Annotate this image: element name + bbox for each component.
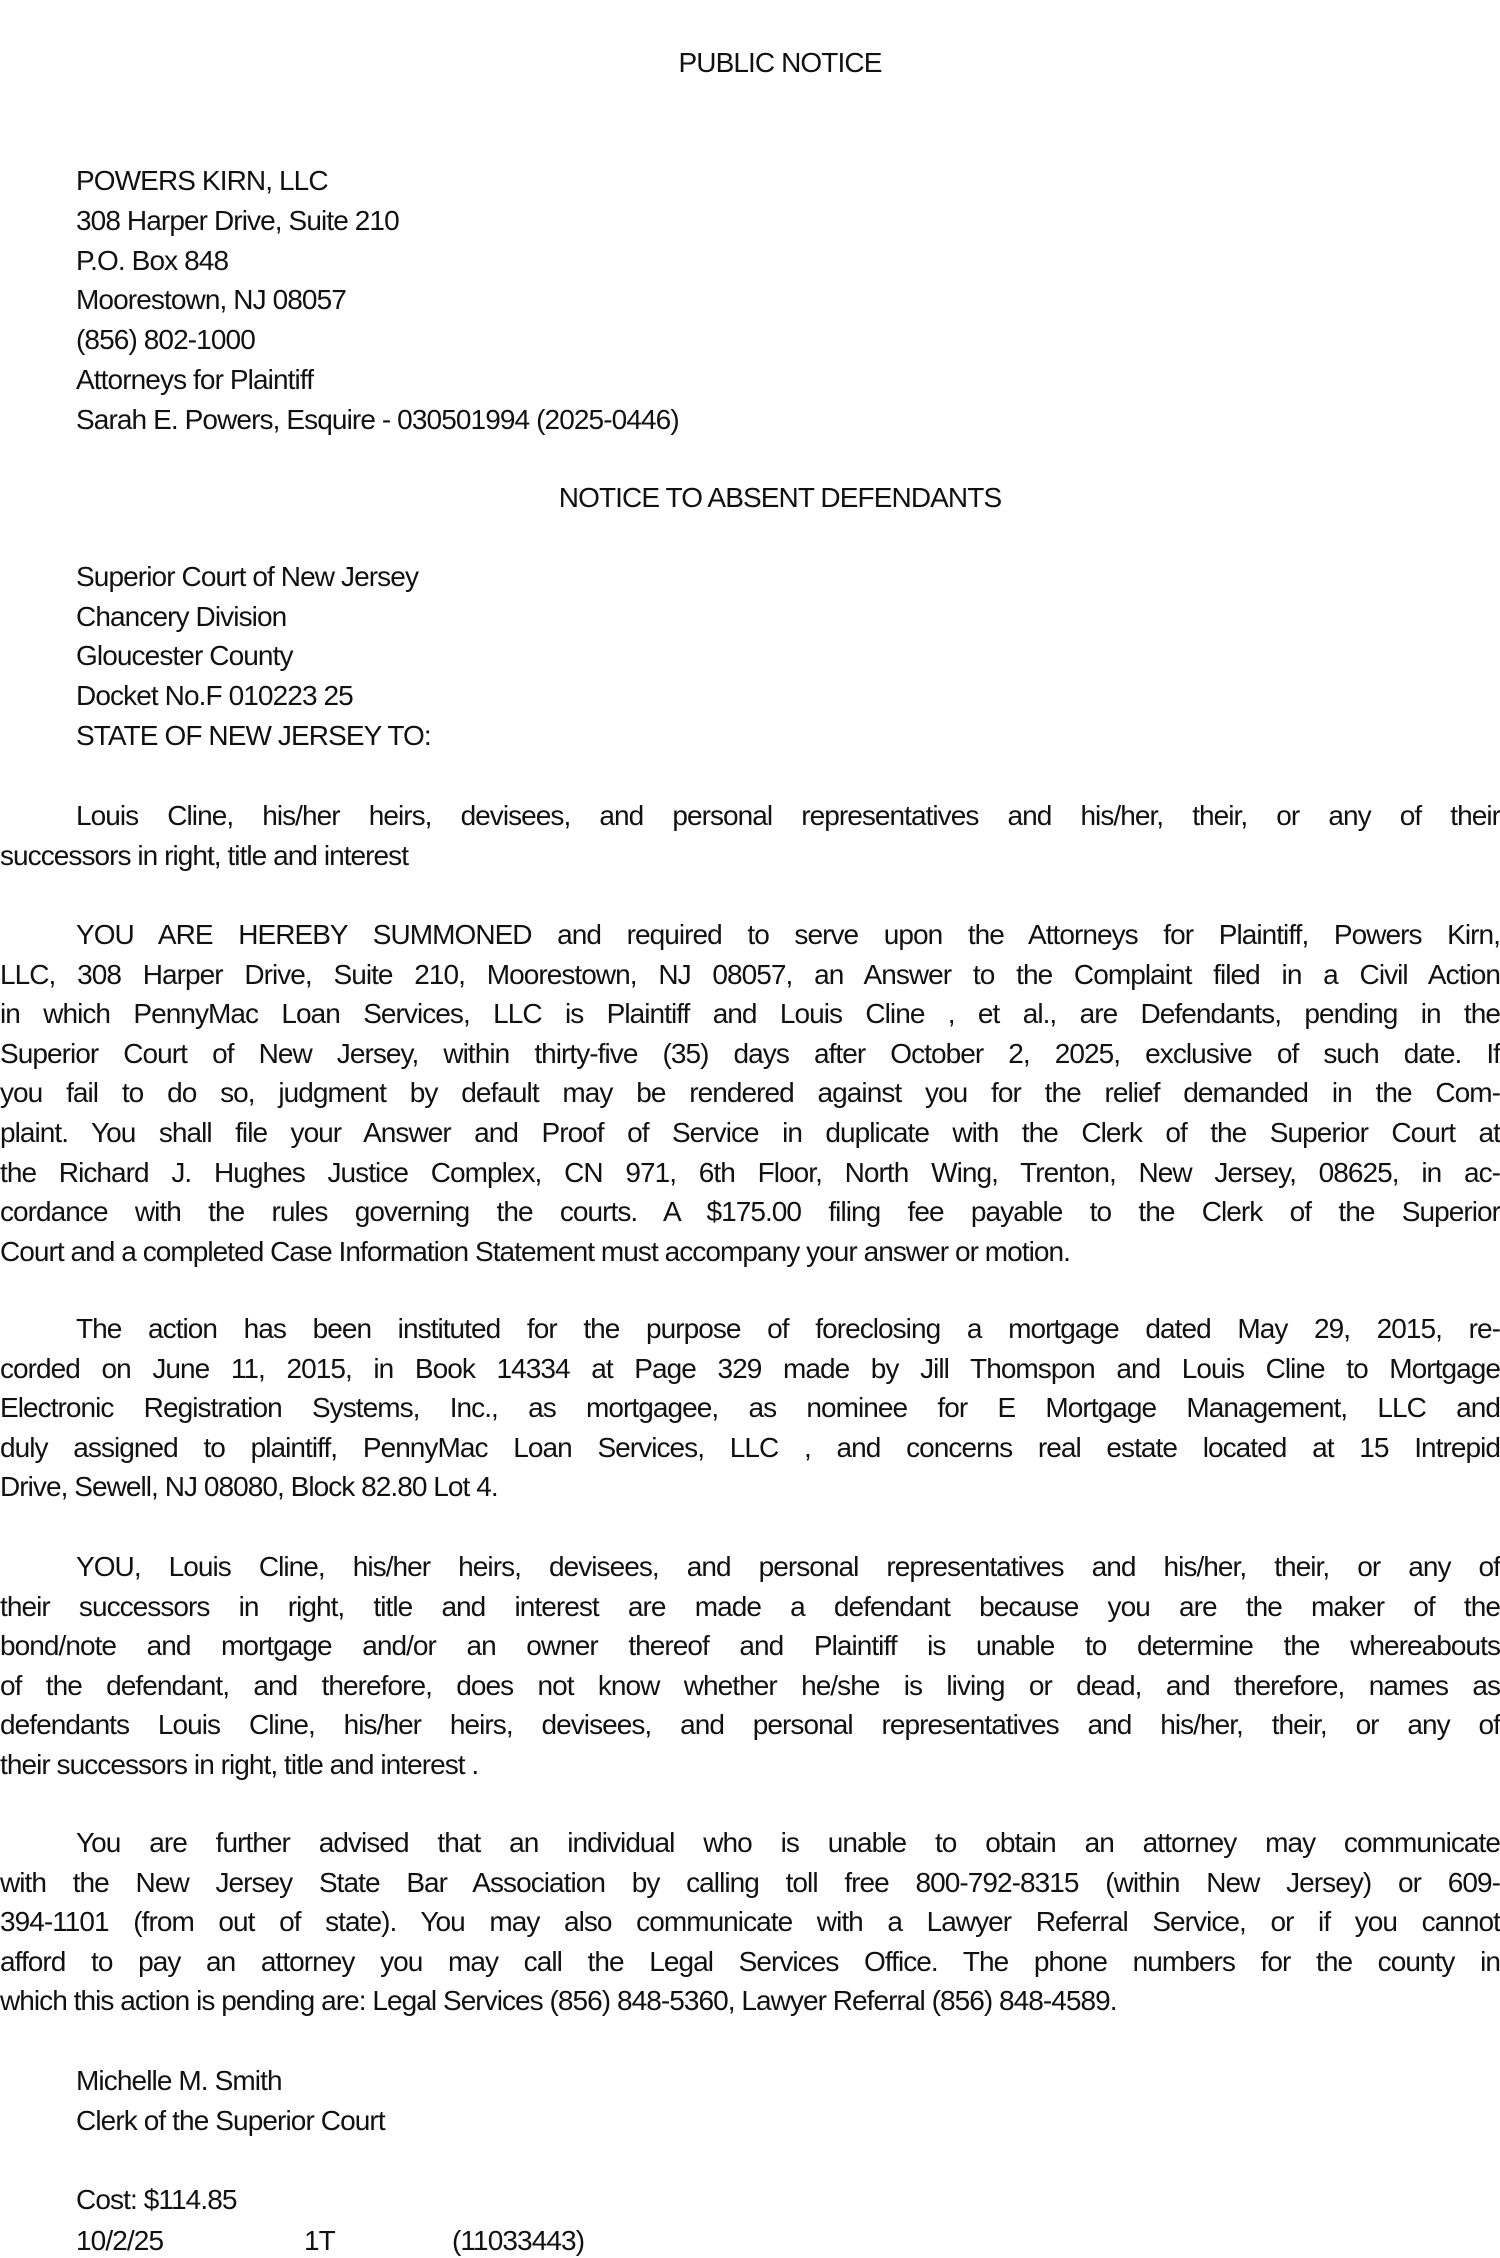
court-division: Chancery Division: [76, 597, 286, 637]
paragraph-line: successors in right, title and interest: [0, 836, 1500, 876]
paragraph-line: their successors in right, title and int…: [0, 1587, 1500, 1627]
paragraph-line: YOU ARE HEREBY SUMMONED and required to …: [0, 915, 1500, 955]
clerk-title: Clerk of the Superior Court: [76, 2101, 385, 2141]
ad-number: (11033443): [452, 2221, 584, 2258]
attorney-city: Moorestown, NJ 08057: [76, 280, 346, 320]
paragraph-line: defendants Louis Cline, his/her heirs, d…: [0, 1705, 1500, 1745]
docket-number: Docket No.F 010223 25: [76, 676, 353, 716]
paragraph-summons: YOU ARE HEREBY SUMMONED and required to …: [0, 915, 1500, 1271]
paragraph-defendant-reason: YOU, Louis Cline, his/her heirs, devisee…: [0, 1547, 1500, 1785]
paragraph-line: 394-1101 (from out of state). You may al…: [0, 1902, 1500, 1942]
public-notice-page: PUBLIC NOTICE POWERS KIRN, LLC 308 Harpe…: [0, 0, 1500, 2258]
paragraph-line: LLC, 308 Harper Drive, Suite 210, Moores…: [0, 955, 1500, 995]
attorney-po-box: P.O. Box 848: [76, 241, 228, 281]
paragraph-line: duly assigned to plaintiff, PennyMac Loa…: [0, 1428, 1500, 1468]
paragraph-line: their successors in right, title and int…: [0, 1745, 1500, 1785]
state-addressee: STATE OF NEW JERSEY TO:: [76, 716, 431, 756]
paragraph-line: Electronic Registration Systems, Inc., a…: [0, 1388, 1500, 1428]
attorney-firm: POWERS KIRN, LLC: [76, 161, 328, 201]
attorney-address: 308 Harper Drive, Suite 210: [76, 201, 399, 241]
paragraph-line: with the New Jersey State Bar Associatio…: [0, 1863, 1500, 1903]
cost-label: Cost: $114.85: [76, 2180, 237, 2220]
paragraph-addressees: Louis Cline, his/her heirs, devisees, an…: [0, 796, 1500, 875]
paragraph-line: The action has been instituted for the p…: [0, 1309, 1500, 1349]
paragraph-line: Superior Court of New Jersey, within thi…: [0, 1034, 1500, 1074]
publication-code: 1T: [304, 2221, 335, 2258]
paragraph-line: in which PennyMac Loan Services, LLC is …: [0, 994, 1500, 1034]
paragraph-line: You are further advised that an individu…: [0, 1823, 1500, 1863]
publication-date: 10/2/25: [76, 2221, 163, 2258]
paragraph-line: corded on June 11, 2015, in Book 14334 a…: [0, 1349, 1500, 1389]
paragraph-line: which this action is pending are: Legal …: [0, 1981, 1500, 2021]
paragraph-line: you fail to do so, judgment by default m…: [0, 1073, 1500, 1113]
paragraph-line: Court and a completed Case Information S…: [0, 1232, 1500, 1272]
court-county: Gloucester County: [76, 636, 293, 676]
page-title: PUBLIC NOTICE: [0, 43, 1500, 83]
notice-heading: NOTICE TO ABSENT DEFENDANTS: [0, 478, 1500, 518]
attorney-role: Attorneys for Plaintiff: [76, 360, 313, 400]
court-name: Superior Court of New Jersey: [76, 557, 418, 597]
paragraph-line: afford to pay an attorney you may call t…: [0, 1942, 1500, 1982]
paragraph-line: Louis Cline, his/her heirs, devisees, an…: [0, 796, 1500, 836]
paragraph-line: plaint. You shall file your Answer and P…: [0, 1113, 1500, 1153]
paragraph-action-purpose: The action has been instituted for the p…: [0, 1309, 1500, 1507]
paragraph-line: Drive, Sewell, NJ 08080, Block 82.80 Lot…: [0, 1467, 1500, 1507]
attorney-phone: (856) 802-1000: [76, 320, 255, 360]
paragraph-legal-help: You are further advised that an individu…: [0, 1823, 1500, 2021]
clerk-name: Michelle M. Smith: [76, 2061, 282, 2101]
attorney-name: Sarah E. Powers, Esquire - 030501994 (20…: [76, 400, 679, 440]
paragraph-line: the Richard J. Hughes Justice Complex, C…: [0, 1153, 1500, 1193]
paragraph-line: of the defendant, and therefore, does no…: [0, 1666, 1500, 1706]
paragraph-line: cordance with the rules governing the co…: [0, 1192, 1500, 1232]
paragraph-line: YOU, Louis Cline, his/her heirs, devisee…: [0, 1547, 1500, 1587]
paragraph-line: bond/note and mortgage and/or an owner t…: [0, 1626, 1500, 1666]
